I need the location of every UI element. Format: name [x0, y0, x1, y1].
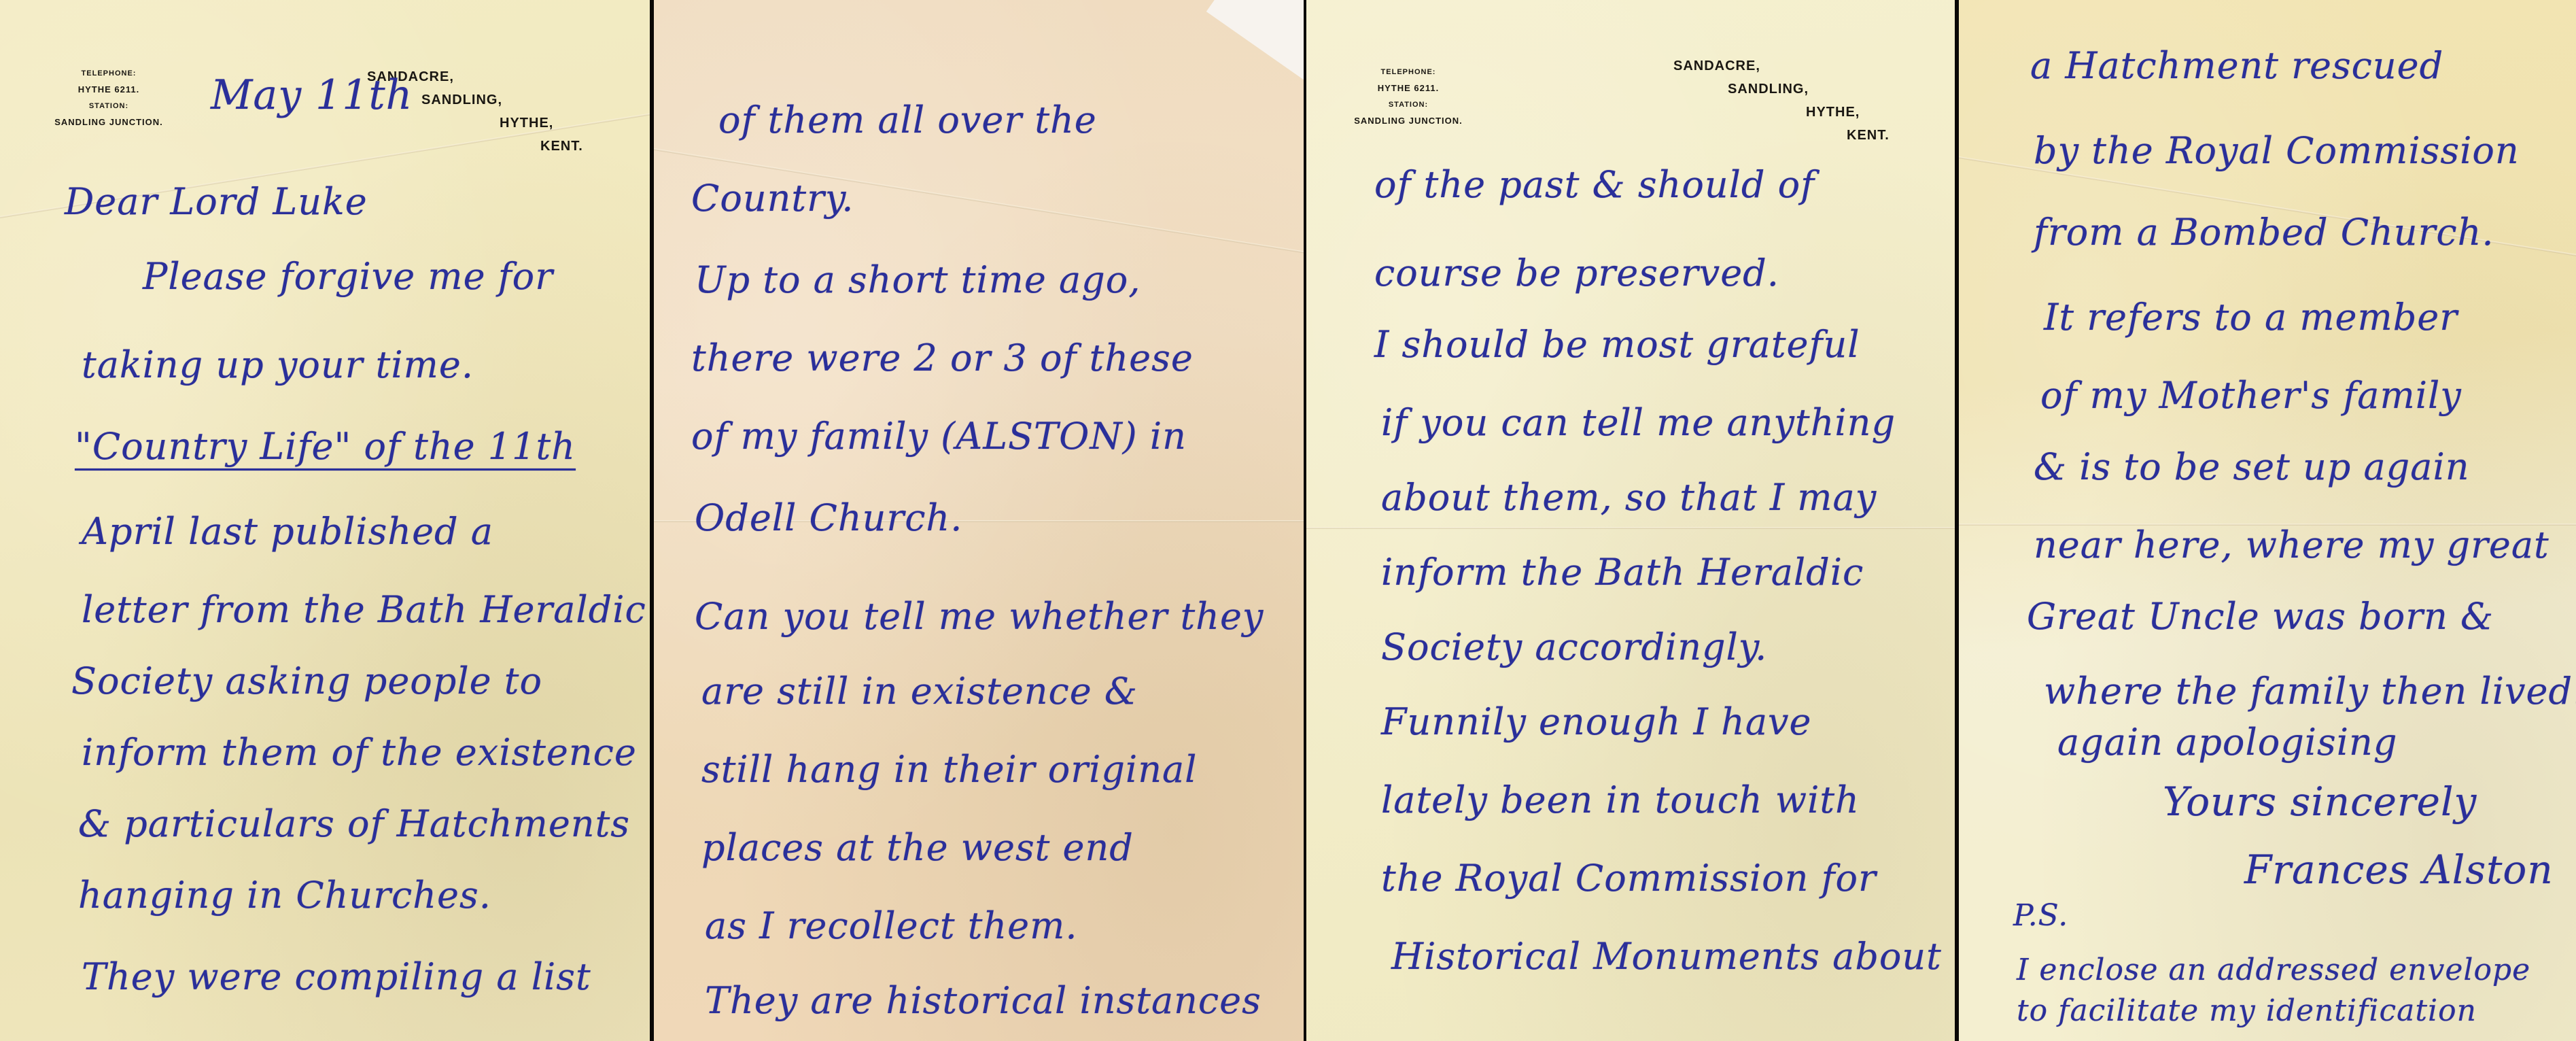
- handwritten-line: inform the Bath Heraldic: [1381, 554, 1864, 591]
- telephone-number: HYTHE 6211.: [1340, 80, 1476, 97]
- address-line: HYTHE,: [1806, 101, 1860, 124]
- handwritten-line: Up to a short time ago,: [695, 262, 1141, 298]
- handwritten-line: if you can tell me anything: [1381, 405, 1896, 441]
- telephone-number: HYTHE 6211.: [41, 82, 177, 98]
- handwritten-line: as I recollect them.: [705, 908, 1078, 944]
- handwritten-line: April last published a: [82, 513, 493, 550]
- letter-page-1: TELEPHONE: HYTHE 6211. STATION: SANDLING…: [0, 0, 650, 1041]
- handwritten-line: & particulars of Hatchments: [78, 806, 630, 842]
- handwritten-line: "Country Life" of the 11th: [75, 428, 576, 465]
- station-label: STATION:: [1340, 97, 1476, 113]
- address-line: SANDLING,: [1728, 78, 1809, 101]
- salutation: Dear Lord Luke: [65, 184, 368, 220]
- telephone-label: TELEPHONE:: [41, 65, 177, 82]
- handwritten-line: lately been in touch with: [1381, 782, 1860, 819]
- folded-corner: [1206, 0, 1304, 97]
- letter-page-2: of them all over the Country. Up to a sh…: [654, 0, 1304, 1041]
- handwritten-line: letter from the Bath Heraldic: [82, 592, 646, 628]
- handwritten-line: a Hatchment rescued: [2030, 48, 2443, 84]
- letterhead-contact: TELEPHONE: HYTHE 6211. STATION: SANDLING…: [41, 65, 177, 131]
- handwritten-line: inform them of the existence: [82, 734, 637, 771]
- handwritten-line: & is to be set up again: [2034, 449, 2470, 485]
- address-line: SANDLING,: [421, 88, 502, 112]
- postscript-line: to facilitate my identification: [2017, 996, 2477, 1026]
- signature: Frances Alston: [2244, 850, 2554, 889]
- handwritten-line: It refers to a member: [2044, 299, 2458, 336]
- letterhead-contact: TELEPHONE: HYTHE 6211. STATION: SANDLING…: [1340, 64, 1476, 129]
- handwritten-line: about them, so that I may: [1381, 479, 1877, 516]
- handwritten-line: are still in existence &: [701, 673, 1138, 710]
- telephone-label: TELEPHONE:: [1340, 64, 1476, 80]
- handwritten-line: I should be most grateful: [1374, 326, 1860, 363]
- handwritten-line: Odell Church.: [695, 500, 962, 536]
- handwritten-line: Historical Monuments about: [1391, 938, 1942, 975]
- handwritten-line: hanging in Churches.: [78, 877, 491, 914]
- station-name: SANDLING JUNCTION.: [1340, 113, 1476, 129]
- station-name: SANDLING JUNCTION.: [41, 114, 177, 131]
- handwritten-line: where the family then lived.: [2044, 673, 2576, 710]
- handwritten-line: from a Bombed Church.: [2034, 214, 2494, 251]
- handwritten-line: Great Uncle was born &: [2027, 598, 2494, 635]
- postscript-label: P.S.: [2013, 901, 2068, 931]
- address-line: SANDACRE,: [1673, 54, 1760, 78]
- handwritten-line: of my Mother's family: [2040, 377, 2462, 414]
- handwritten-line: of the past & should of: [1374, 167, 1815, 203]
- handwritten-line: of them all over the: [718, 102, 1097, 139]
- postscript-line: I enclose an addressed envelope: [2017, 955, 2530, 985]
- handwritten-line: places at the west end: [701, 830, 1134, 866]
- station-label: STATION:: [41, 98, 177, 114]
- handwritten-line: Society asking people to: [71, 663, 542, 700]
- address-line: HYTHE,: [500, 112, 553, 135]
- fold-crease: [1306, 527, 1955, 529]
- letter-page-4: a Hatchment rescued by the Royal Commiss…: [1959, 0, 2576, 1041]
- handwritten-line: taking up your time.: [82, 347, 474, 383]
- handwritten-line: again apologising: [2057, 724, 2397, 761]
- handwritten-line: They were compiling a list: [82, 959, 591, 995]
- handwritten-line: They are historical instances: [705, 983, 1261, 1019]
- handwritten-line: course be preserved.: [1374, 255, 1779, 292]
- handwritten-line: of my family (ALSTON) in: [691, 418, 1187, 455]
- handwritten-line: Please forgive me for: [143, 258, 553, 295]
- closing: Yours sincerely: [2163, 782, 2477, 821]
- address-line: KENT.: [540, 135, 583, 158]
- handwritten-line: Can you tell me whether they: [695, 598, 1264, 635]
- letter-date: May 11th: [211, 75, 413, 116]
- letter-page-3: TELEPHONE: HYTHE 6211. STATION: SANDLING…: [1306, 0, 1955, 1041]
- handwritten-line: the Royal Commission for: [1381, 860, 1877, 897]
- handwritten-line: Funnily enough I have: [1381, 704, 1811, 740]
- handwritten-line: there were 2 or 3 of these: [691, 340, 1194, 377]
- handwritten-line: Country.: [691, 180, 854, 217]
- handwritten-line: by the Royal Commission: [2034, 133, 2520, 169]
- address-line: KENT.: [1847, 124, 1890, 147]
- handwritten-line: still hang in their original: [701, 751, 1197, 788]
- handwritten-line: near here, where my great: [2034, 527, 2549, 564]
- handwritten-line: Society accordingly.: [1381, 629, 1767, 666]
